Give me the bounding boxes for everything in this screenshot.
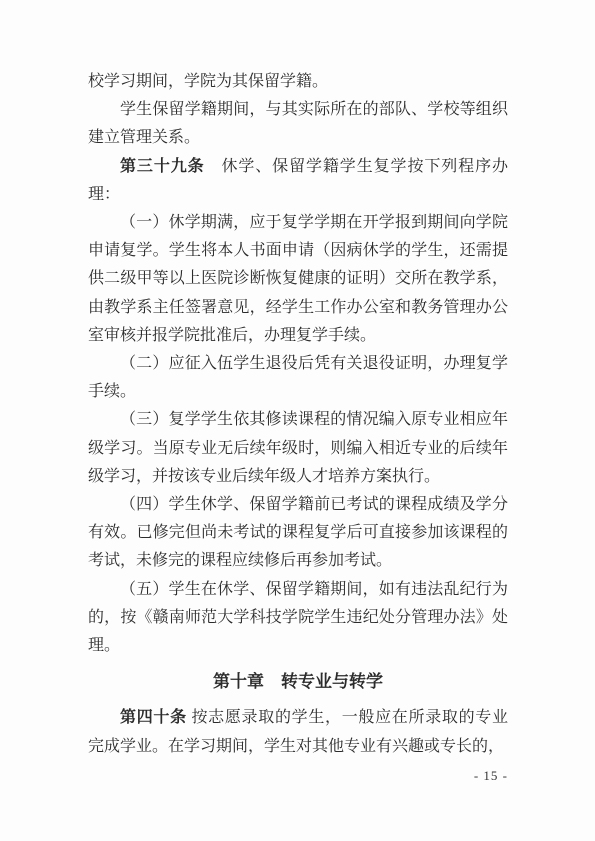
paragraph-text: （五）学生在休学、保留学籍期间，如有违法乱纪行为 的，按《赣南师范大学科技学院学…: [88, 581, 508, 654]
paragraph: 学生保留学籍期间，与其实际所在的部队、学校等组织建立管理关系。: [88, 96, 508, 152]
paragraph-article-40: 第四十条 按志愿录取的学生，一般应在所录取的专业完成学业。在学习期间，学生对其他…: [88, 704, 508, 760]
document-body: 校学习期间，学院为其保留学籍。 学生保留学籍期间，与其实际所在的部队、学校等组织…: [88, 68, 508, 761]
paragraph-item-4: （四）学生休学、保留学籍前已考试的课程成绩及学分有效。已修完但尚未考试的课程复学…: [88, 491, 508, 576]
article-number: 第四十条: [120, 709, 187, 726]
paragraph-item-1: （一）休学期满，应于复学学期在开学报到期间向学院申请复学。学生将本人书面申请（因…: [88, 209, 508, 350]
chapter-heading: 第十章 转专业与转学: [88, 668, 508, 696]
paragraph-item-5: （五）学生在休学、保留学籍期间，如有违法乱纪行为 的，按《赣南师范大学科技学院学…: [88, 576, 508, 661]
paragraph-text: （三）复学学生依其修读课程的情况编入原专业相应年级学习。当原专业无后续年级时，则…: [88, 411, 508, 484]
paragraph-item-3: （三）复学学生依其修读课程的情况编入原专业相应年级学习。当原专业无后续年级时，则…: [88, 406, 508, 491]
paragraph-text: （二）应征入伍学生退役后凭有关退役证明，办理复学手续。: [88, 355, 508, 400]
article-number: 第三十九条: [120, 158, 205, 175]
paragraph-item-2: （二）应征入伍学生退役后凭有关退役证明，办理复学手续。: [88, 350, 508, 406]
page-number: - 15 -: [474, 768, 508, 784]
paragraph-text: 学生保留学籍期间，与其实际所在的部队、学校等组织建立管理关系。: [88, 101, 508, 146]
paragraph-text: （四）学生休学、保留学籍前已考试的课程成绩及学分有效。已修完但尚未考试的课程复学…: [88, 496, 508, 569]
paragraph-continuation: 校学习期间，学院为其保留学籍。: [88, 68, 508, 96]
paragraph-article-39: 第三十九条 休学、保留学籍学生复学按下列程序办理：: [88, 153, 508, 209]
document-page: 校学习期间，学院为其保留学籍。 学生保留学籍期间，与其实际所在的部队、学校等组织…: [0, 0, 595, 841]
paragraph-text: （一）休学期满，应于复学学期在开学报到期间向学院申请复学。学生将本人书面申请（因…: [88, 214, 508, 344]
paragraph-text: 校学习期间，学院为其保留学籍。: [88, 73, 328, 90]
